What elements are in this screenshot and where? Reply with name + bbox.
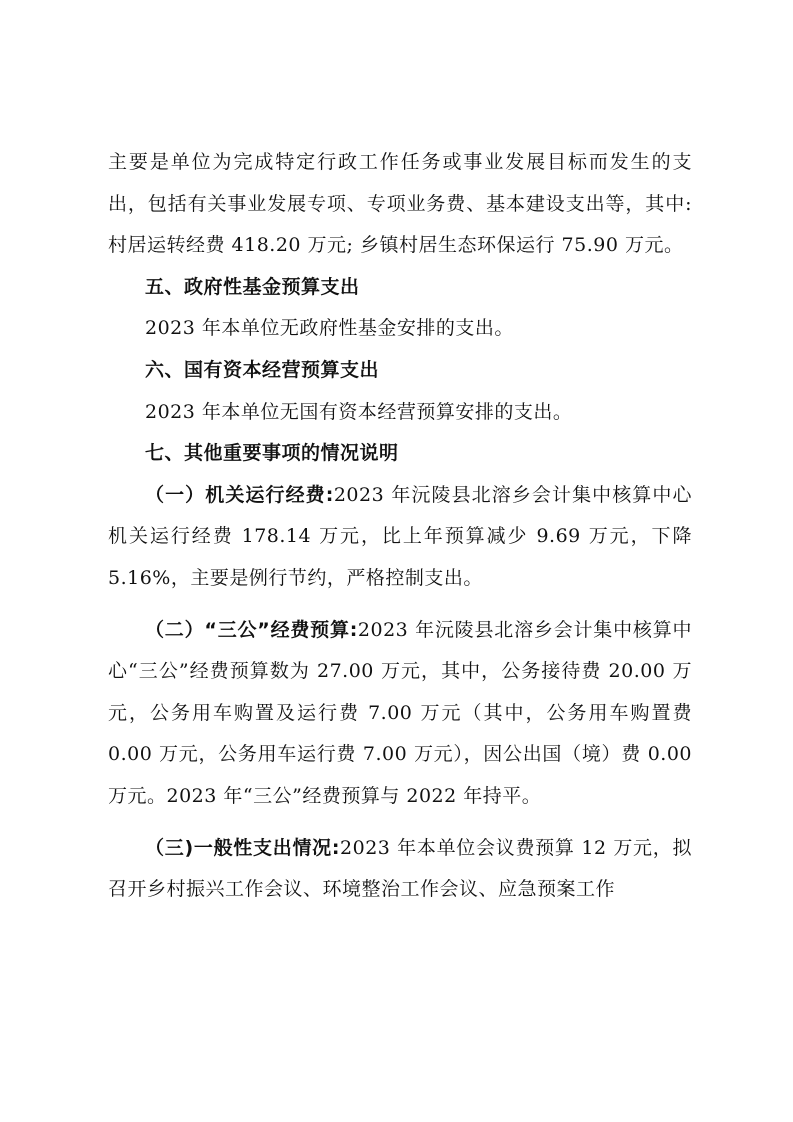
subsection-operating-costs: （一）机关运行经费:2023 年沅陵县北溶乡会计集中核算中心机关运行经费 178… — [108, 475, 692, 600]
continuation-paragraph: 主要是单位为完成特定行政工作任务或事业发展目标而发生的支出，包括有关事业发展专项… — [108, 142, 692, 267]
subsection-lead: （二）“三公”经费预算: — [145, 619, 358, 641]
subsection-lead: （三)一般性支出情况: — [145, 837, 340, 859]
subsection-lead: （一）机关运行经费: — [145, 484, 334, 506]
subsection-three-public-expenses: （二）“三公”经费预算:2023 年沅陵县北溶乡会计集中核算中心“三公”经费预算… — [108, 610, 692, 818]
subsection-body: 2023 年沅陵县北溶乡会计集中核算中心“三公”经费预算数为 27.00 万元，… — [108, 619, 692, 807]
spacer — [108, 818, 692, 828]
section-heading-5: 五、政府性基金预算支出 — [108, 267, 692, 309]
section-heading-7: 七、其他重要事项的情况说明 — [108, 433, 692, 475]
spacer — [108, 600, 692, 610]
document-page: 主要是单位为完成特定行政工作任务或事业发展目标而发生的支出，包括有关事业发展专项… — [108, 142, 692, 911]
section-body-5: 2023 年本单位无政府性基金安排的支出。 — [108, 308, 692, 350]
section-heading-6: 六、国有资本经营预算支出 — [108, 350, 692, 392]
subsection-general-expenses: （三)一般性支出情况:2023 年本单位会议费预算 12 万元，拟召开乡村振兴工… — [108, 828, 692, 911]
section-body-6: 2023 年本单位无国有资本经营预算安排的支出。 — [108, 392, 692, 434]
